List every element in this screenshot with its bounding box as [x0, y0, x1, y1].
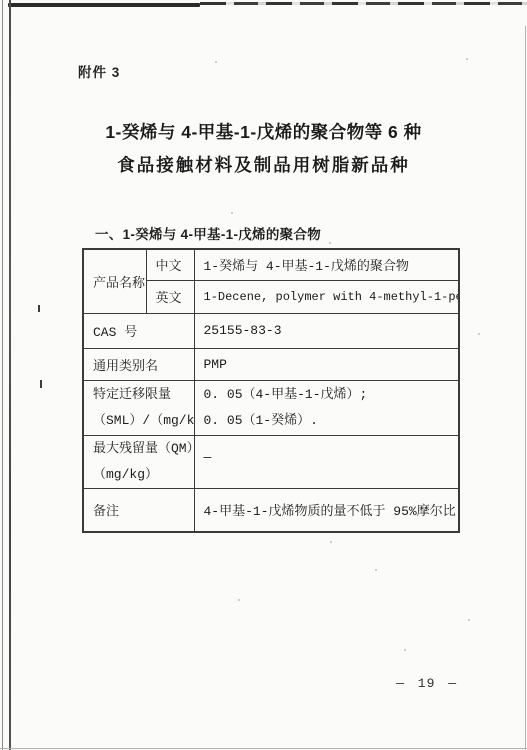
cas-label-cell: CAS 号 [83, 313, 194, 348]
scan-speck [330, 541, 332, 543]
scan-edge-left-line-outer [2, 0, 3, 750]
sml-value-line1: 0. 05（4-甲基-1-戊烯）; [204, 382, 455, 408]
sml-label-line2: （SML）/（mg/kg） [93, 408, 190, 434]
scan-speck [466, 58, 468, 60]
page-number: — 19 — [396, 676, 457, 691]
sml-value-line2: 0. 05（1-癸烯）. [204, 408, 455, 434]
scan-speck [238, 599, 240, 601]
sml-label-line1: 特定迁移限量 [93, 382, 190, 408]
product-name-label-cell: 产品名称 [83, 249, 146, 313]
section-heading: 一、1-癸烯与 4-甲基-1-戊烯的聚合物 [95, 223, 321, 243]
scan-speck [375, 569, 377, 571]
qm-label-cell: 最大残留量（QM）/ （mg/kg） [83, 435, 194, 488]
scan-speck [329, 242, 331, 244]
scan-edge-top-bar [8, 3, 200, 7]
margin-tick-mark [38, 305, 40, 312]
scan-edge-bottom-line [0, 748, 527, 749]
cas-value-cell: 25155-83-3 [194, 313, 459, 348]
category-label-cell: 通用类别名 [83, 348, 194, 380]
qm-value-dash: — [204, 450, 212, 465]
english-label-cell: 英文 [146, 280, 194, 313]
margin-tick-mark [40, 380, 42, 388]
scan-speck [231, 212, 233, 214]
attachment-label: 附件 3 [78, 61, 120, 81]
remark-label-cell: 备注 [83, 488, 194, 532]
qm-label-line2: （mg/kg） [93, 462, 190, 488]
qm-label-line1: 最大残留量（QM）/ [93, 436, 190, 462]
sml-value-cell: 0. 05（4-甲基-1-戊烯）; 0. 05（1-癸烯）. [194, 380, 459, 435]
english-value-cell: 1-Decene, polymer with 4-methyl-1-penten… [194, 280, 459, 313]
scan-speck [468, 619, 470, 621]
scan-speck [478, 333, 480, 335]
scan-speck [215, 61, 217, 63]
chinese-value-cell: 1-癸烯与 4-甲基-1-戊烯的聚合物 [194, 249, 459, 280]
scan-speck [404, 649, 406, 651]
product-info-table: 产品名称 中文 1-癸烯与 4-甲基-1-戊烯的聚合物 英文 1-Decene,… [82, 248, 460, 533]
category-value-cell: PMP [194, 348, 459, 380]
scan-edge-top-dashes [200, 2, 527, 5]
chinese-label-cell: 中文 [146, 249, 194, 280]
scanned-page: 附件 3 1-癸烯与 4-甲基-1-戊烯的聚合物等 6 种 食品接触材料及制品用… [0, 0, 527, 750]
scan-edge-left-line-inner [9, 0, 11, 750]
qm-value-cell: — [194, 435, 459, 488]
remark-value-cell: 4-甲基-1-戊烯物质的量不低于 95%摩尔比. [194, 488, 459, 532]
doc-title-line2: 食品接触材料及制品用树脂新品种 [0, 152, 527, 177]
sml-label-cell: 特定迁移限量 （SML）/（mg/kg） [83, 380, 194, 435]
doc-title-line1: 1-癸烯与 4-甲基-1-戊烯的聚合物等 6 种 [0, 119, 527, 144]
